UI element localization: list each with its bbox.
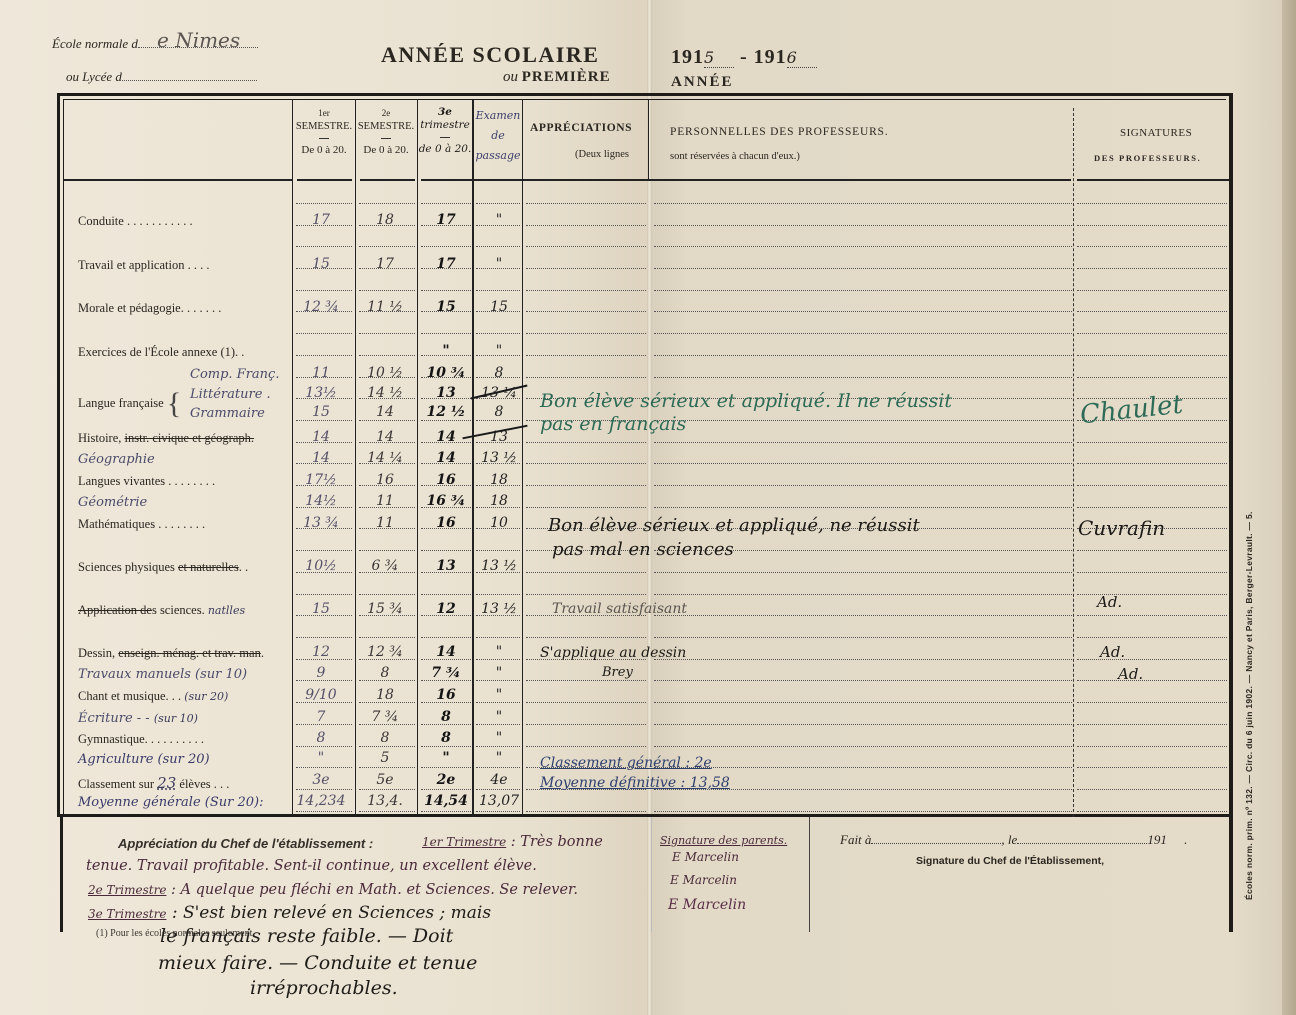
le-label: , le: [1001, 832, 1017, 847]
col-sem2-header: 2e SEMESTRE. De 0 à 20.: [356, 107, 416, 157]
ruled-line: [1077, 311, 1227, 312]
subject-dessin: Dessin, enseign. ménag. et trav. man.: [78, 646, 264, 661]
parent-signature-1: E Marcelin: [672, 850, 739, 864]
ruled-line: [526, 637, 646, 638]
grade-s2: 14 ¼: [354, 450, 416, 466]
trim1-line: 1er Trimestre : Très bonne: [422, 834, 603, 850]
application-note: natlles: [208, 604, 245, 617]
ruled-line: [1077, 268, 1227, 269]
signatures-subheader: DES PROFESSEURS.: [1094, 153, 1201, 163]
ruled-line: [526, 724, 646, 725]
grade-t3: 8: [418, 730, 474, 746]
grade-t3: 14: [418, 450, 474, 466]
grade-s2: 14: [354, 429, 416, 445]
col-divider: [522, 100, 523, 817]
dessin-struck: enseign. ménag. et trav. man: [118, 646, 261, 660]
grade-s2: 12 ¾: [354, 644, 416, 660]
grade-t3: 16 ¾: [418, 493, 474, 509]
ruled-line: [296, 355, 352, 356]
signature-application: Ad.: [1097, 593, 1122, 611]
ruled-line: [421, 637, 471, 638]
sciences-end: . .: [239, 560, 248, 574]
dessin-end: .: [261, 646, 264, 660]
ruled-line: [296, 811, 352, 812]
ruled-line: [476, 420, 520, 421]
subject-travail: Travail et application . . . .: [78, 258, 209, 273]
dessin-label: Dessin,: [78, 646, 118, 660]
comment-francais-line1: Bon élève sérieux et appliqué. Il ne réu…: [540, 390, 952, 412]
ruled-line: [1077, 702, 1227, 703]
col-divider: [1073, 108, 1074, 817]
ruled-line: [359, 767, 415, 768]
chant-note: (sur 20): [184, 690, 228, 703]
ruled-line: [654, 594, 1072, 595]
ruled-line: [1077, 680, 1227, 681]
trim3-range: de 0 à 20.: [419, 143, 472, 155]
chef-appreciation-label: Appréciation du Chef de l'établissement …: [118, 836, 373, 851]
ruled-line: [654, 377, 1072, 378]
year-separator: -: [740, 46, 748, 68]
histoire-struck: instr. civique et géograph.: [125, 431, 254, 445]
grade-s1: 7: [290, 709, 352, 725]
histoire-label: Histoire,: [78, 431, 125, 445]
ruled-line: [526, 507, 646, 508]
sem1-label: SEMESTRE.: [296, 121, 352, 132]
ruled-line: [654, 767, 1072, 768]
ruled-line: [359, 550, 415, 551]
grade-s1: 12 ¾: [290, 299, 352, 315]
ruled-line: [654, 572, 1072, 573]
grade-s2: 14 ½: [354, 385, 416, 401]
ruled-line: [476, 767, 520, 768]
subject-ecriture: Écriture - - (sur 10): [78, 711, 198, 726]
grade-t3: 16: [418, 687, 474, 703]
ruled-line: [654, 485, 1072, 486]
grade-s2: 7 ¾: [354, 709, 416, 725]
ruled-line: [526, 225, 646, 226]
subject-geometrie: Géométrie: [78, 495, 147, 510]
grade-exam: ": [476, 730, 522, 746]
header-rule: [360, 179, 415, 181]
grade-t3: 13: [418, 385, 474, 401]
grade-s2: 13,4.: [354, 793, 416, 809]
page-edge: [1282, 0, 1296, 1015]
ruled-line: [296, 767, 352, 768]
grade-s1: 8: [290, 730, 352, 746]
ruled-line: [526, 377, 646, 378]
exam-line1: Examen: [476, 109, 521, 122]
grade-exam: 8: [476, 404, 522, 420]
grades-table: [57, 93, 1233, 817]
ruled-line: [654, 268, 1072, 269]
ruled-line: [654, 637, 1072, 638]
subject-application-sciences: Application des sciences. natlles: [78, 603, 245, 618]
grade-s2: 6 ¾: [354, 558, 416, 574]
ruled-line: [526, 355, 646, 356]
exam-line3: passage: [476, 149, 521, 162]
subject-gymnastique: Gymnastique. . . . . . . . . .: [78, 732, 204, 747]
ruled-line: [476, 637, 520, 638]
ruled-line: [296, 203, 352, 204]
comment-dessin-signature: Brey: [602, 665, 633, 680]
ruled-line: [296, 290, 352, 291]
ruled-line: [296, 333, 352, 334]
chef-signature-label: Signature du Chef de l'Établissement,: [916, 855, 1104, 867]
header-rule: [297, 179, 352, 181]
classement-count: 23: [157, 774, 176, 792]
ruled-line: [1077, 290, 1227, 291]
grade-s1: 15: [290, 404, 352, 420]
ruled-line: [526, 246, 646, 247]
grade-exam: 13 ½: [476, 450, 522, 466]
fait-a-line: Fait à, le191 .: [840, 832, 1187, 848]
ruled-line: [476, 290, 520, 291]
grade-s2: 5: [354, 750, 416, 766]
ruled-line: [296, 594, 352, 595]
grade-exam: 8: [476, 365, 522, 381]
ruled-line: [654, 333, 1072, 334]
header-rule: [64, 179, 292, 181]
trim3-line: 3e Trimestre : S'est bien relevé en Scie…: [88, 903, 491, 923]
grade-exam: 13 ½: [476, 601, 522, 617]
grade-t3: 15: [418, 299, 474, 315]
comment-dessin: S'applique au dessin: [540, 645, 686, 661]
ruled-line: [359, 637, 415, 638]
ruled-line: [654, 724, 1072, 725]
ruled-line: [476, 333, 520, 334]
grade-s1: 9: [290, 665, 352, 681]
grade-exam: 15: [476, 299, 522, 315]
grade-s2: 8: [354, 665, 416, 681]
ruled-line: [296, 746, 352, 747]
ruled-line: [526, 702, 646, 703]
grade-t3: 14,54: [418, 793, 474, 809]
ruled-line: [359, 746, 415, 747]
school-field: École normale d e Nimes: [52, 36, 258, 52]
ruled-line: [1077, 463, 1227, 464]
grade-exam: ": [476, 709, 522, 725]
grade-s2: 11: [354, 493, 416, 509]
subject-sciences-physiques: Sciences physiques et naturelles. .: [78, 560, 248, 575]
school-label: École normale d: [52, 36, 138, 51]
grade-t3: ": [418, 343, 474, 359]
grade-exam: 13 ½: [476, 558, 522, 574]
ruled-line: [654, 680, 1072, 681]
year-end-prefix: 191: [754, 46, 787, 68]
signatures-header: SIGNATURES: [1120, 127, 1192, 139]
ruled-line: [1077, 746, 1227, 747]
grade-s1: 14½: [290, 493, 352, 509]
ruled-line: [359, 594, 415, 595]
grade-s2: 10 ½: [354, 365, 416, 381]
ruled-line: [654, 659, 1072, 660]
premiere-label: PREMIÈRE: [522, 69, 611, 85]
grade-s1: 9/10: [290, 687, 352, 703]
subject-histoire: Histoire, instr. civique et géograph.: [78, 431, 254, 446]
parent-signature-2: E Marcelin: [670, 873, 737, 887]
grade-s1: ": [290, 750, 352, 766]
ruled-line: [654, 420, 1072, 421]
fait-a-label: Fait à: [840, 832, 871, 847]
lycee-field: ou Lycée d: [66, 69, 257, 85]
exam-line2: de: [491, 129, 505, 142]
grade-exam: ": [476, 343, 522, 359]
ruled-line: [421, 420, 471, 421]
grade-s2: 16: [354, 472, 416, 488]
grade-t3: 12 ½: [418, 404, 474, 420]
year-start-digit: 5: [704, 48, 734, 68]
ruled-line: [654, 507, 1072, 508]
classement-general: Classement général : 2e: [540, 755, 712, 771]
grade-s2: 18: [354, 212, 416, 228]
sciences-struck: et naturelles: [178, 560, 239, 574]
ruled-line: [476, 811, 520, 812]
annee-scolaire-title: ANNÉE SCOLAIRE: [381, 42, 599, 68]
ruled-line: [654, 203, 1072, 204]
ruled-line: [296, 789, 352, 790]
ruled-line: [359, 203, 415, 204]
ruled-line: [421, 789, 471, 790]
ruled-line: [1077, 789, 1227, 790]
ruled-line: [476, 246, 520, 247]
grade-exam: 10: [476, 515, 522, 531]
comment-sciences-line1: Bon élève sérieux et appliqué, ne réussi…: [548, 515, 920, 536]
ruled-line: [526, 485, 646, 486]
signature-sciences: Cuvrafin: [1078, 516, 1165, 540]
sem1-num: 1er: [318, 108, 330, 118]
ruled-line: [1077, 637, 1227, 638]
ruled-line: [296, 637, 352, 638]
trim2-line: 2e Trimestre : A quelque peu fléchi en M…: [88, 882, 578, 898]
sciences-label: Sciences physiques: [78, 560, 178, 574]
grade-exam: ": [476, 644, 522, 660]
ruled-line: [526, 680, 646, 681]
moyenne-definitive: Moyenne définitive : 13,58: [540, 775, 730, 791]
langue-francaise-label: Langue française: [78, 396, 164, 410]
grade-s1: 14: [290, 429, 352, 445]
ruled-line: [359, 789, 415, 790]
ruled-line: [476, 203, 520, 204]
ruled-line: [654, 463, 1072, 464]
grade-s1: 12: [290, 644, 352, 660]
ruled-line: [359, 290, 415, 291]
application-struck: Application de: [78, 603, 152, 617]
header-rule: [421, 179, 1071, 181]
sem2-num: 2e: [382, 108, 391, 118]
ruled-line: [1077, 550, 1227, 551]
ruled-line: [359, 811, 415, 812]
school-value: e Nimes: [157, 28, 240, 52]
ruled-line: [1077, 572, 1227, 573]
ruled-line: [1077, 333, 1227, 334]
ruled-line: [526, 594, 646, 595]
ruled-line: [526, 463, 646, 464]
ruled-line: [1077, 246, 1227, 247]
subject-conduite: Conduite . . . . . . . . . . .: [78, 214, 193, 229]
subject-morale: Morale et pédagogie. . . . . . .: [78, 301, 221, 316]
ruled-line: [421, 746, 471, 747]
grade-t3: 7 ¾: [418, 665, 474, 681]
lycee-label: ou Lycée d: [66, 69, 122, 84]
grade-t3: ": [418, 750, 474, 766]
grade-t3: 13: [418, 558, 474, 574]
header-rule: [1077, 179, 1229, 181]
ruled-line: [476, 789, 520, 790]
subject-mathematiques: Mathématiques . . . . . . . .: [78, 517, 205, 532]
personnelles-header: PERSONNELLES DES PROFESSEURS.: [670, 126, 888, 138]
grade-s1: 17: [290, 212, 352, 228]
ruled-line: [1077, 485, 1227, 486]
col-trim3-header: 3e trimestre de 0 à 20.: [418, 106, 472, 156]
ruled-line: [421, 811, 471, 812]
grade-t3: 14: [418, 644, 474, 660]
ruled-line: [654, 246, 1072, 247]
ruled-line: [359, 246, 415, 247]
ruled-line: [654, 225, 1072, 226]
ruled-line: [1077, 615, 1227, 616]
appreciations-subheader: (Deux lignes: [575, 149, 629, 160]
grade-s2: 8: [354, 730, 416, 746]
ruled-line: [359, 333, 415, 334]
ruled-line: [526, 811, 646, 812]
grade-s1: 13½: [290, 385, 352, 401]
ruled-line: [526, 311, 646, 312]
ruled-line: [421, 333, 471, 334]
col-exam-header: Examen de passage: [474, 106, 522, 166]
grade-s1: 15: [290, 601, 352, 617]
ruled-line: [359, 420, 415, 421]
ruled-line: [654, 702, 1072, 703]
ruled-line: [1077, 377, 1227, 378]
ruled-line: [296, 246, 352, 247]
grade-exam: 18: [476, 493, 522, 509]
grade-exam: ": [476, 750, 522, 766]
premiere-title: ou PREMIÈRE: [503, 69, 611, 86]
year-end-digit: 6: [787, 48, 817, 68]
grade-exam: ": [476, 256, 522, 272]
ruled-line: [654, 355, 1072, 356]
subject-comp-francaise: Comp. Franç.: [190, 367, 279, 382]
grade-s1: 17½: [290, 472, 352, 488]
ruled-line: [476, 746, 520, 747]
ruled-line: [1077, 507, 1227, 508]
grade-s1: 10½: [290, 558, 352, 574]
grade-exam: ": [476, 665, 522, 681]
comment-francais-line2: pas en français: [540, 413, 686, 435]
trim2-label: 2e Trimestre: [88, 883, 166, 897]
ruled-line: [1077, 442, 1227, 443]
grade-t3: 2e: [418, 772, 474, 788]
grade-s1: 14: [290, 450, 352, 466]
ruled-line: [1077, 355, 1227, 356]
grade-t3: 17: [418, 256, 474, 272]
ruled-line: [296, 550, 352, 551]
fait-year: 191: [1147, 832, 1167, 847]
grade-t3: 12: [418, 601, 474, 617]
sem2-range: De 0 à 20.: [363, 144, 408, 156]
grade-s2: 17: [354, 256, 416, 272]
parent-signature-3: E Marcelin: [668, 897, 746, 913]
ruled-line: [526, 203, 646, 204]
signature-dessin-1: Ad.: [1100, 643, 1125, 661]
grade-s2: 14: [354, 404, 416, 420]
subject-langue-francaise: Langue française {: [78, 387, 181, 421]
ruled-line: [526, 290, 646, 291]
comment-sciences-line2: pas mal en sciences: [552, 539, 734, 560]
trim3-text-a: : S'est bien relevé en Sciences ; mais: [172, 903, 491, 923]
grade-exam: ": [476, 687, 522, 703]
school-year: 1915 - 1916: [671, 46, 817, 69]
grade-s1: 15: [290, 256, 352, 272]
chant-label: Chant et musique. . .: [78, 689, 181, 703]
ruled-line: [1077, 225, 1227, 226]
subject-classement: Classement sur 23 élèves . . .: [78, 774, 229, 792]
ruled-line: [1077, 724, 1227, 725]
fait-period: .: [1184, 832, 1187, 847]
appreciations-header: APPRÉCIATIONS: [530, 122, 632, 134]
ruled-line: [421, 203, 471, 204]
ruled-line: [421, 550, 471, 551]
ruled-line: [526, 572, 646, 573]
grade-s2: 11 ½: [354, 299, 416, 315]
ruled-line: [476, 594, 520, 595]
ruled-line: [421, 767, 471, 768]
signature-dessin-2: Ad.: [1118, 665, 1143, 683]
grade-exam: 13,07: [476, 793, 522, 809]
trim3-label: 3e Trimestre: [88, 907, 166, 921]
ou-label: ou: [503, 69, 518, 85]
grade-s1: 13 ¾: [290, 515, 352, 531]
grade-t3: 16: [418, 515, 474, 531]
ecriture-label: Écriture - -: [78, 711, 154, 726]
ruled-line: [1077, 203, 1227, 204]
annee-label: ANNÉE: [671, 74, 734, 91]
grade-s2: 11: [354, 515, 416, 531]
grade-t3: 10 ¾: [418, 365, 474, 381]
col-divider: [648, 100, 649, 180]
ruled-line: [476, 550, 520, 551]
subject-exercices-annexe: Exercices de l'École annexe (1). .: [78, 345, 244, 360]
trim2-text: : A quelque peu fléchi en Math. et Scien…: [171, 882, 578, 898]
grade-exam: 4e: [476, 772, 522, 788]
sem1-range: De 0 à 20.: [301, 144, 346, 156]
ecriture-note: (sur 10): [154, 712, 198, 725]
subject-litterature: Littérature .: [190, 387, 271, 402]
trim1-text-a: : Très bonne: [511, 834, 603, 850]
subject-travaux-manuels: Travaux manuels (sur 10): [78, 667, 247, 682]
grade-t3: 16: [418, 472, 474, 488]
ruled-line: [526, 268, 646, 269]
trim3-num: 3e: [438, 106, 452, 118]
ruled-line: [526, 746, 646, 747]
grade-s2: 5e: [354, 772, 416, 788]
subject-langues: Langues vivantes . . . . . . . .: [78, 474, 215, 489]
grade-exam: 18: [476, 472, 522, 488]
ruled-line: [654, 615, 1072, 616]
grade-t3: 17: [418, 212, 474, 228]
ruled-line: [654, 311, 1072, 312]
ruled-line: [654, 746, 1072, 747]
col-sem1-header: 1er SEMESTRE. De 0 à 20.: [294, 107, 354, 157]
ruled-line: [296, 420, 352, 421]
ruled-line: [1077, 767, 1227, 768]
grade-exam: ": [476, 212, 522, 228]
trim1-line-2: tenue. Travail profitable. Sent-il conti…: [86, 858, 537, 874]
year-start-prefix: 191: [671, 46, 704, 68]
subject-moyenne: Moyenne générale (Sur 20):: [78, 795, 263, 810]
trim3-line-2: le français reste faible. — Doit: [160, 925, 453, 947]
grade-s1: 11: [290, 365, 352, 381]
